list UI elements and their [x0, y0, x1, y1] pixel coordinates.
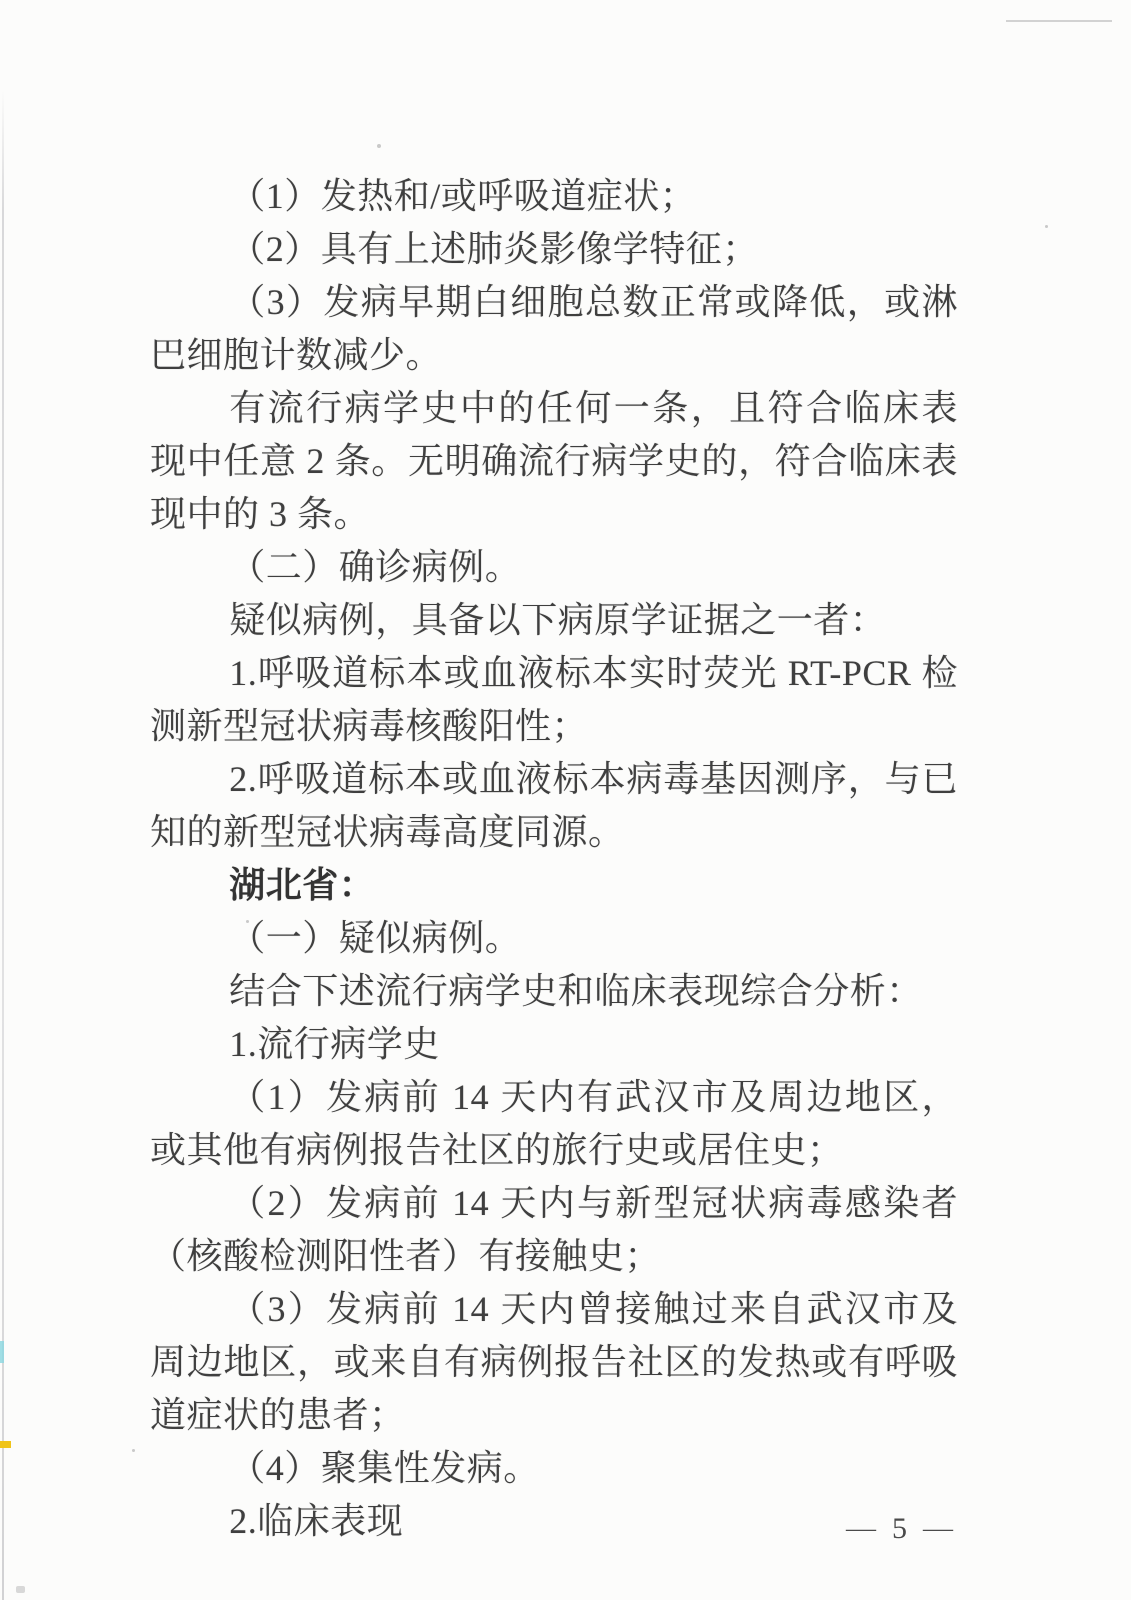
- paragraph-clinical-item-3: （3）发病早期白细胞总数正常或降低，或淋巴细胞计数减少。: [150, 276, 958, 382]
- paragraph-epi-item-4: （4）聚集性发病。: [150, 1442, 958, 1495]
- page-number: 5: [892, 1512, 907, 1546]
- scan-artifact-cyan-tick: [0, 1341, 4, 1363]
- paragraph-epi-item-2: （2）发病前 14 天内与新型冠状病毒感染者（核酸检测阳性者）有接触史；: [150, 1177, 958, 1283]
- paragraph-epi-item-1: （1）发病前 14 天内有武汉市及周边地区，或其他有病例报告社区的旅行史或居住史…: [150, 1071, 958, 1177]
- footer-dash-left: —: [846, 1515, 876, 1542]
- scan-artifact-top-line: [1006, 20, 1112, 22]
- heading-clinical-manifestation: 2.临床表现: [150, 1495, 958, 1548]
- scan-artifact-yellow-tick: [0, 1441, 11, 1448]
- scan-speck: [1045, 225, 1048, 228]
- scan-artifact-left-edge-line: [2, 90, 4, 1600]
- heading-confirmed-case: （二）确诊病例。: [150, 541, 958, 594]
- heading-hubei-province: 湖北省：: [150, 859, 958, 912]
- heading-epidemiological-history: 1.流行病学史: [150, 1018, 958, 1071]
- heading-suspected-case: （一）疑似病例。: [150, 912, 958, 965]
- paragraph-analysis-intro: 结合下述流行病学史和临床表现综合分析：: [150, 965, 958, 1018]
- scan-speck: [16, 1586, 25, 1593]
- document-body: （1）发热和/或呼吸道症状； （2）具有上述肺炎影像学特征； （3）发病早期白细…: [150, 170, 958, 1548]
- paragraph-clinical-item-2: （2）具有上述肺炎影像学特征；: [150, 223, 958, 276]
- paragraph-epi-item-3: （3）发病前 14 天内曾接触过来自武汉市及周边地区，或来自有病例报告社区的发热…: [150, 1283, 958, 1442]
- paragraph-pathogen-evidence-intro: 疑似病例，具备以下病原学证据之一者：: [150, 594, 958, 647]
- scan-speck: [377, 144, 381, 148]
- paragraph-criteria-summary: 有流行病学史中的任何一条，且符合临床表现中任意 2 条。无明确流行病学史的，符合…: [150, 382, 958, 541]
- page-footer: — 5 —: [846, 1512, 953, 1546]
- paragraph-evidence-item-2: 2.呼吸道标本或血液标本病毒基因测序，与已知的新型冠状病毒高度同源。: [150, 753, 958, 859]
- footer-dash-right: —: [923, 1515, 953, 1542]
- paragraph-clinical-item-1: （1）发热和/或呼吸道症状；: [150, 170, 958, 223]
- paragraph-evidence-item-1: 1.呼吸道标本或血液标本实时荧光 RT-PCR 检测新型冠状病毒核酸阳性；: [150, 647, 958, 753]
- scan-speck: [132, 1449, 135, 1452]
- document-page: （1）发热和/或呼吸道症状； （2）具有上述肺炎影像学特征； （3）发病早期白细…: [0, 0, 1131, 1600]
